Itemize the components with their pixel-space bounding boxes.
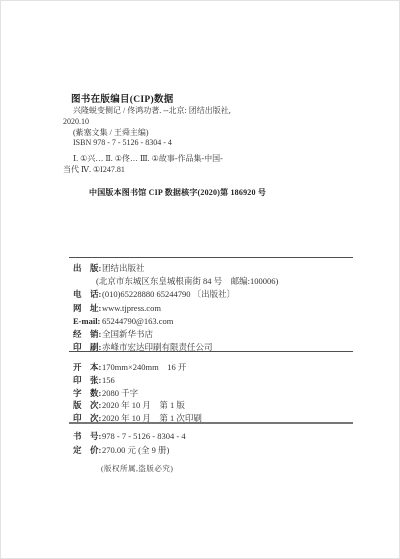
cip-heading: 图书在版编目(CIP)数据 <box>71 91 174 105</box>
edition-row: 版 次:2020 年 10 月 第 1 版 <box>73 399 355 412</box>
website-url: www.tjpress.com <box>102 303 161 313</box>
publisher-label: 出 版: <box>73 262 102 275</box>
edition-label: 版 次: <box>73 399 102 412</box>
publisher-info-section: 出 版:团结出版社 (北京市东城区东皇城根南街 84 号 邮编:100006) … <box>73 262 355 354</box>
pricing-section: 书 号:978 - 7 - 5126 - 8304 - 4 定 价:270.00… <box>73 430 355 457</box>
price-label: 定 价: <box>73 444 102 458</box>
isbn-row: 书 号:978 - 7 - 5126 - 8304 - 4 <box>73 430 355 444</box>
edition-value: 2020 年 10 月 第 1 版 <box>102 400 185 410</box>
cip-description: 兴隆蜕变侧记 / 佟鸿功著. --北京: 团结出版社, 2020.10 (紫塞文… <box>63 106 355 176</box>
wordcount-label: 字 数: <box>73 387 102 400</box>
website-row: 网 址:www.tjpress.com <box>73 302 355 315</box>
printer-row: 印 刷:赤峰市宏达印刷有限责任公司 <box>73 341 355 354</box>
wordcount-row: 字 数:2080 千字 <box>73 387 355 400</box>
cip-classification-line-1: Ⅰ. ①兴… Ⅱ. ①佟… Ⅲ. ①故事-作品集-中国- <box>63 154 355 165</box>
sheets-row: 印 张:156 <box>73 374 355 387</box>
cip-series-statement: (紫塞文集 / 王舜主编) <box>63 128 355 139</box>
email-label: E-mail: <box>73 315 102 328</box>
divider-bottom <box>69 422 353 424</box>
publisher-address: (北京市东城区东皇城根南街 84 号 邮编:100006) <box>73 275 355 288</box>
cip-classification-line-2: 当代 Ⅳ. ①I247.81 <box>63 165 355 176</box>
isbn-value: 978 - 7 - 5126 - 8304 - 4 <box>102 431 186 441</box>
cip-publish-year: 2020.10 <box>63 117 355 128</box>
phone-row: 电 话:(010)65228880 65244790 〔出版社〕 <box>73 288 355 301</box>
phone-numbers: (010)65228880 65244790 〔出版社〕 <box>102 289 235 299</box>
email-address: 65244790@163.com <box>102 316 173 326</box>
price-value: 270.00 元 (全 9 册) <box>102 445 169 455</box>
divider-top <box>69 257 353 258</box>
printing-specs-section: 开 本:170mm×240mm 16 开 印 张:156 字 数:2080 千字… <box>73 361 355 425</box>
phone-label: 电 话: <box>73 288 102 301</box>
distributor-name: 全国新华书店 <box>102 329 153 339</box>
format-value: 170mm×240mm 16 开 <box>102 362 186 372</box>
price-row: 定 价:270.00 元 (全 9 册) <box>73 444 355 458</box>
sheets-label: 印 张: <box>73 374 102 387</box>
cip-isbn-line: ISBN 978 - 7 - 5126 - 8304 - 4 <box>63 138 355 149</box>
email-row: E-mail:65244790@163.com <box>73 315 355 328</box>
cip-title-statement: 兴隆蜕变侧记 / 佟鸿功著. --北京: 团结出版社, <box>63 106 355 117</box>
copyright-notice: (版权所属,盗版必究) <box>101 463 173 474</box>
copyright-page: 图书在版编目(CIP)数据 兴隆蜕变侧记 / 佟鸿功著. --北京: 团结出版社… <box>0 0 400 559</box>
distribution-row: 经 销:全国新华书店 <box>73 328 355 341</box>
cip-record-number: 中国版本图书馆 CIP 数据核字(2020)第 186920 号 <box>89 187 266 198</box>
isbn-label: 书 号: <box>73 430 102 444</box>
printer-label: 印 刷: <box>73 341 102 354</box>
wordcount-value: 2080 千字 <box>102 388 138 398</box>
publisher-row: 出 版:团结出版社 <box>73 262 355 275</box>
sheets-value: 156 <box>102 375 115 385</box>
distribution-label: 经 销: <box>73 328 102 341</box>
format-label: 开 本: <box>73 361 102 374</box>
format-row: 开 本:170mm×240mm 16 开 <box>73 361 355 374</box>
divider-middle <box>69 351 353 352</box>
website-label: 网 址: <box>73 302 102 315</box>
publisher-name: 团结出版社 <box>102 263 145 273</box>
